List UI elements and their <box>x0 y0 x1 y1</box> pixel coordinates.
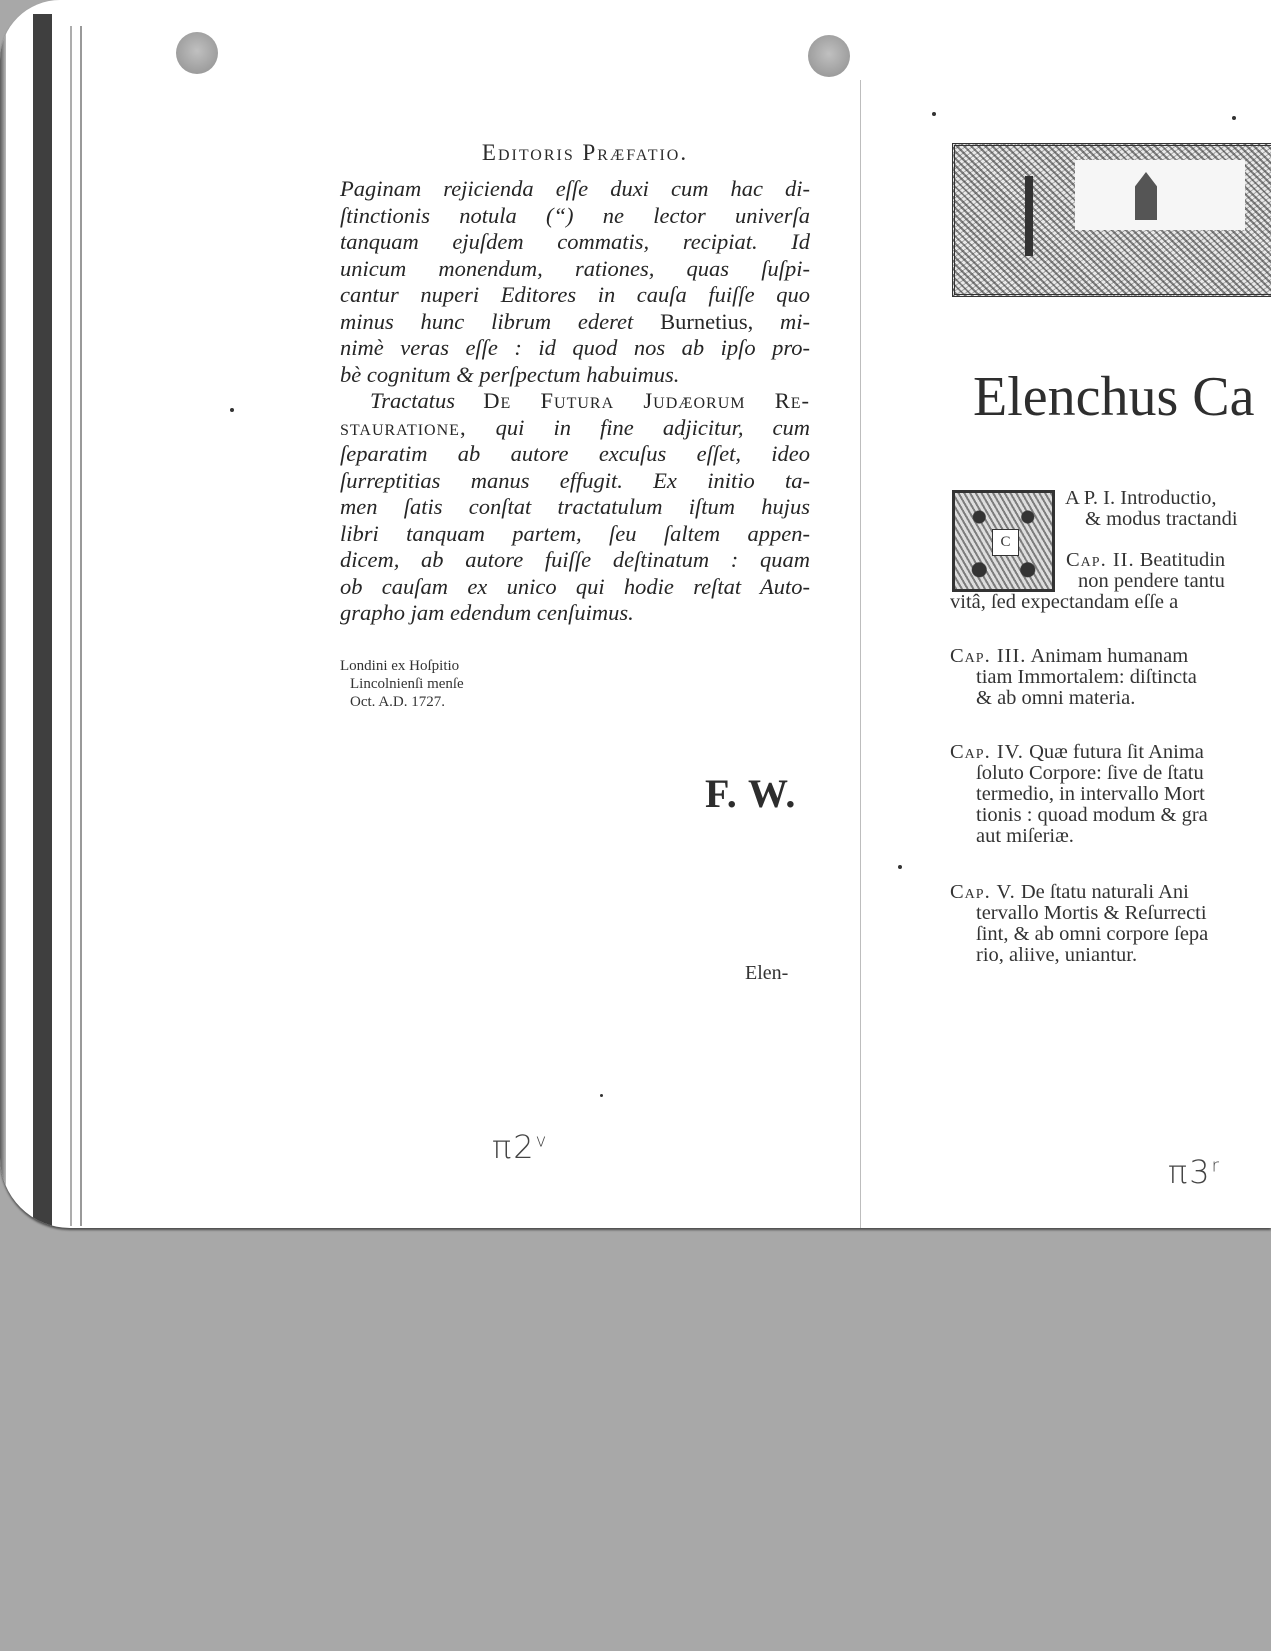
chapter-label: Cap. IV. <box>950 741 1024 763</box>
text-line: ſtinctionis notula (“) ne lector univerſ… <box>340 203 810 230</box>
treatise-title: De Futura Judæorum Re- <box>483 388 810 413</box>
chapter-text: Quæ futura ſit Anima <box>1029 741 1204 763</box>
text-line: dicem, ab autore fuiſſe deſtinatum : qua… <box>340 547 810 574</box>
handwritten-signature-mark: π2v <box>492 1128 548 1166</box>
text-line: minus hunc librum ederet Burnetius, mi- <box>340 309 810 336</box>
mark-sup: r <box>1212 1155 1221 1176</box>
chapter-line: Cap. II. Beatitudin <box>950 550 1225 571</box>
chapter-entry: Cap. II. Beatitudin non pendere tantu vi… <box>950 550 1225 613</box>
scan-speck <box>932 112 936 116</box>
text-line: cantur nuperi Editores in cauſa fuiſſe q… <box>340 282 810 309</box>
woodcut-headpiece-icon <box>952 143 1271 297</box>
punch-hole <box>808 35 850 77</box>
headpiece-sky <box>1075 160 1245 230</box>
chapter-line: non pendere tantu <box>950 571 1225 592</box>
punch-hole <box>176 32 218 74</box>
chapter-line: Cap. V. De ſtatu naturali Ani <box>950 882 1208 903</box>
binding-line <box>70 26 72 1226</box>
well-post-icon <box>1025 176 1033 256</box>
chapter-line: tionis : quoad modum & gra <box>950 805 1208 826</box>
mark-sup: v <box>536 1130 549 1151</box>
chapter-line: tervallo Mortis & Reſurrecti <box>950 903 1208 924</box>
text-line: Paginam rejicienda eſſe duxi cum hac di- <box>340 176 810 203</box>
dateline-line: Oct. A.D. 1727. <box>340 693 810 711</box>
scan-speck <box>600 1094 603 1097</box>
mark-text: π2 <box>492 1128 536 1166</box>
text-fragment: Tractatus <box>370 388 455 413</box>
chapter-text: Introductio, <box>1120 487 1216 509</box>
chapter-line: Cap. IV. Quæ futura ſit Anima <box>950 742 1208 763</box>
text-line: nimè veras eſſe : id quod nos ab ipſo pr… <box>340 335 810 362</box>
dateline: Londini ex Hoſpitio Lincolnienſi menſe O… <box>340 657 810 711</box>
binding-line <box>80 26 82 1226</box>
text-line: bè cognitum & perſpectum habuimus. <box>340 362 810 389</box>
preface-body: Paginam rejicienda eſſe duxi cum hac di-… <box>340 176 810 627</box>
chapter-line: & ab omni materia. <box>950 688 1197 709</box>
text-line: tanquam ejuſdem commatis, recipiat. Id <box>340 229 810 256</box>
catchword: Elen- <box>745 962 788 985</box>
chapter-label: Cap. II. <box>1066 549 1135 571</box>
dateline-line: Lincolnienſi menſe <box>340 675 810 693</box>
scan-speck <box>230 408 234 412</box>
chapter-line: tiam Immortalem: diſtincta <box>950 667 1197 688</box>
chapter-line: aut miſeriæ. <box>950 826 1208 847</box>
chapter-line: A P. I. Introductio, <box>1065 488 1238 509</box>
text-line: ob cauſam ex unico qui hodie reſtat Auto… <box>340 574 810 601</box>
author-name: Burnetius, <box>660 309 753 334</box>
chapter-entry: A P. I. Introductio, & modus tractandi <box>1065 488 1238 530</box>
text-line: grapho jam edendum cenſuimus. <box>340 600 810 627</box>
chapter-text: Beatitudin <box>1140 549 1225 571</box>
text-fragment: mi- <box>780 309 810 334</box>
text-fragment: qui in fine adjicitur, cum <box>496 415 810 440</box>
gutter-fold <box>860 80 861 1228</box>
chapter-text: De ſtatu naturali Ani <box>1021 881 1189 903</box>
photocopy-sheet: Editoris Præfatio. Paginam rejicienda eſ… <box>0 0 1271 1228</box>
treatise-title: stauratione, <box>340 415 467 440</box>
chapter-line: rio, aliive, uniantur. <box>950 945 1208 966</box>
text-line: ſurreptitias manus effugit. Ex initio ta… <box>340 468 810 495</box>
chapter-line: vitâ, ſed expectandam eſſe a <box>950 592 1225 613</box>
page-title: Editoris Præfatio. <box>360 140 810 166</box>
text-line: stauratione, qui in fine adjicitur, cum <box>340 415 810 442</box>
text-line: unicum monendum, rationes, quas ſuſpi- <box>340 256 810 283</box>
text-line: men ſatis conſtat tractatulum iſtum huju… <box>340 494 810 521</box>
binding-edge <box>33 14 52 1226</box>
dateline-line: Londini ex Hoſpitio <box>340 657 810 675</box>
mark-text: π3 <box>1168 1153 1212 1191</box>
chapter-entry: Cap. V. De ſtatu naturali Ani tervallo M… <box>950 882 1208 966</box>
contents-title: Elenchus Ca <box>973 365 1254 429</box>
chapter-label: Cap. V. <box>950 881 1016 903</box>
chapter-line: termedio, in intervallo Mort <box>950 784 1208 805</box>
text-line: ſeparatim ab autore excuſus eſſet, ideo <box>340 441 810 468</box>
chapter-entry: Cap. III. Animam humanam tiam Immortalem… <box>950 646 1197 709</box>
chapter-label: Cap. III. <box>950 645 1026 667</box>
chapter-text: Animam humanam <box>1030 645 1188 667</box>
text-fragment: minus hunc librum ederet <box>340 309 633 334</box>
handwritten-signature-mark: π3r <box>1168 1153 1221 1191</box>
sheet-edge-shadow <box>0 0 6 1228</box>
chapter-line: Cap. III. Animam humanam <box>950 646 1197 667</box>
editor-signature: F. W. <box>705 770 796 817</box>
text-line: libri tanquam partem, ſeu ſaltem appen- <box>340 521 810 548</box>
left-page: Editoris Præfatio. Paginam rejicienda eſ… <box>340 140 810 711</box>
chapter-line: ſint, & ab omni corpore ſepa <box>950 924 1208 945</box>
scan-speck <box>1232 116 1236 120</box>
chapter-label: A P. I. <box>1065 487 1115 509</box>
chapter-entry: Cap. IV. Quæ futura ſit Anima ſoluto Cor… <box>950 742 1208 847</box>
text-line: Tractatus De Futura Judæorum Re- <box>340 388 810 415</box>
chapter-line: ſoluto Corpore: ſive de ſtatu <box>950 763 1208 784</box>
chapter-line: & modus tractandi <box>1065 509 1238 530</box>
scan-speck <box>898 865 902 869</box>
